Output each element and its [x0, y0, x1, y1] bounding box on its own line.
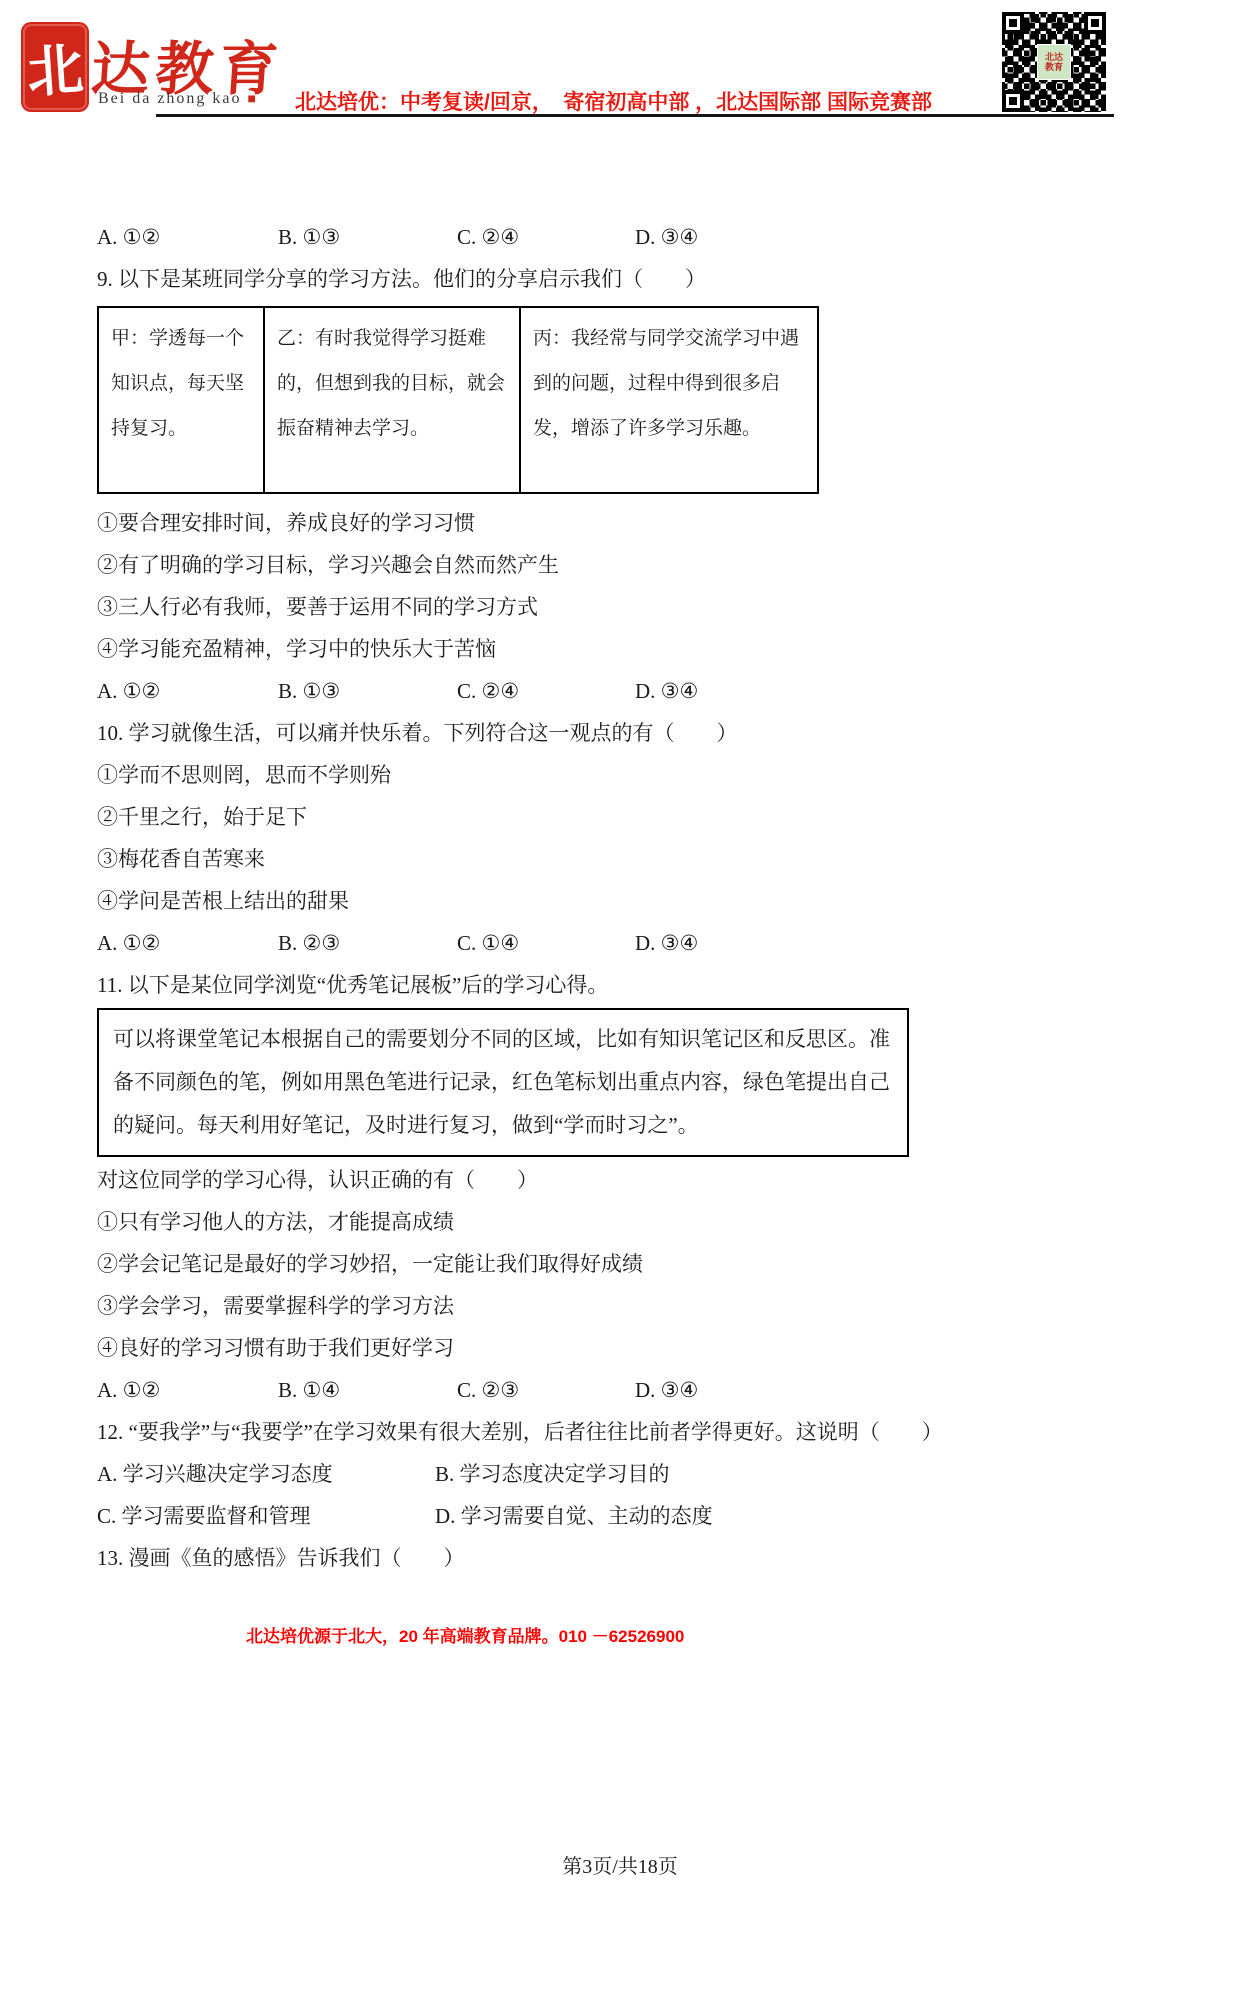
- answer-option-c: C. 学习需要监督和管理: [97, 1495, 435, 1537]
- answer-row-previous-question: A. ①② B. ①③ C. ②④ D. ③④: [97, 216, 1157, 258]
- answer-option-d: D. ③④: [635, 670, 1157, 712]
- question-10-answer-row: A. ①② B. ②③ C. ①④ D. ③④: [97, 922, 1157, 964]
- question-12-stem: 12. “要我学”与“我要学”在学习效果有很大差别，后者往往比前者学得更好。这说…: [97, 1411, 1157, 1453]
- question-10-item-1: ①学而不思则罔，思而不学则殆: [97, 754, 1157, 796]
- question-9-item-4: ④学习能充盈精神，学习中的快乐大于苦恼: [97, 628, 1157, 670]
- answer-option-d: D. ③④: [635, 922, 1157, 964]
- question-11-stem: 11. 以下是某位同学浏览“优秀笔记展板”后的学习心得。: [97, 964, 1157, 1006]
- qr-center-label-top: 北达: [1045, 52, 1063, 62]
- question-13-stem: 13. 漫画《鱼的感悟》告诉我们（ ）: [97, 1537, 1157, 1579]
- qr-center-label: 北达 教育: [1037, 44, 1071, 80]
- question-11-answer-row: A. ①② B. ①④ C. ②③ D. ③④: [97, 1369, 1157, 1411]
- header-slogan: 北达培优：中考复读/回京， 寄宿初高中部 ，北达国际部 国际竞赛部: [295, 86, 975, 116]
- answer-option-a: A. ①②: [97, 922, 278, 964]
- qr-center-label-bottom: 教育: [1045, 62, 1063, 72]
- question-11-note-box: 可以将课堂笔记本根据自己的需要划分不同的区域，比如有知识笔记区和反思区。准备不同…: [97, 1008, 909, 1157]
- answer-option-b: B. 学习态度决定学习目的: [435, 1453, 1157, 1495]
- qr-finder-bottom-left: [1002, 90, 1024, 112]
- answer-option-d: D. ③④: [635, 216, 1157, 258]
- answer-option-b: B. ②③: [278, 922, 457, 964]
- answer-option-c: C. ②④: [457, 670, 635, 712]
- answer-option-c: C. ②④: [457, 216, 635, 258]
- question-11-item-1: ①只有学习他人的方法，才能提高成绩: [97, 1201, 1157, 1243]
- answer-option-a: A. ①②: [97, 670, 278, 712]
- question-12-options-row-2: C. 学习需要监督和管理 D. 学习需要自觉、主动的态度: [97, 1495, 1157, 1537]
- table-cell-yi: 乙：有时我觉得学习挺难的，但想到我的目标，就会振奋精神去学习。: [264, 307, 520, 493]
- answer-option-d: D. 学习需要自觉、主动的态度: [435, 1495, 1157, 1537]
- question-9-item-1: ①要合理安排时间，养成良好的学习习惯: [97, 502, 1157, 544]
- question-9-item-2: ②有了明确的学习目标，学习兴趣会自然而然产生: [97, 544, 1157, 586]
- qr-finder-top-left: [1002, 12, 1024, 34]
- logo-seal: 北: [23, 24, 87, 110]
- answer-option-a: A. 学习兴趣决定学习态度: [97, 1453, 435, 1495]
- question-12-options-row-1: A. 学习兴趣决定学习态度 B. 学习态度决定学习目的: [97, 1453, 1157, 1495]
- question-10-item-4: ④学问是苦根上结出的甜果: [97, 880, 1157, 922]
- answer-option-d: D. ③④: [635, 1369, 1157, 1411]
- logo-romanized-text: Bei da zhong kao: [98, 90, 242, 107]
- question-9-share-table: 甲：学透每一个知识点，每天坚持复习。 乙：有时我觉得学习挺难的，但想到我的目标，…: [97, 306, 819, 494]
- question-10-stem: 10. 学习就像生活，可以痛并快乐着。下列符合这一观点的有（ ）: [97, 712, 1157, 754]
- question-11-note-text: 可以将课堂笔记本根据自己的需要划分不同的区域，比如有知识笔记区和反思区。准备不同…: [113, 1018, 893, 1147]
- answer-option-b: B. ①③: [278, 216, 457, 258]
- answer-option-a: A. ①②: [97, 216, 278, 258]
- question-9-stem: 9. 以下是某班同学分享的学习方法。他们的分享启示我们（ ）: [97, 258, 1157, 300]
- question-11-item-4: ④良好的学习习惯有助于我们更好学习: [97, 1327, 1157, 1369]
- question-9-item-3: ③三人行必有我师，要善于运用不同的学习方式: [97, 586, 1157, 628]
- table-cell-jia: 甲：学透每一个知识点，每天坚持复习。: [98, 307, 264, 493]
- table-cell-bing: 丙：我经常与同学交流学习中遇到的问题，过程中得到很多启发，增添了许多学习乐趣。: [520, 307, 818, 493]
- table-row: 甲：学透每一个知识点，每天坚持复习。 乙：有时我觉得学习挺难的，但想到我的目标，…: [98, 307, 818, 493]
- footer-promo: 北达培优源于北大，20 年高端教育品牌。010 －62526900: [246, 1622, 684, 1647]
- question-11-item-3: ③学会学习，需要掌握科学的学习方法: [97, 1285, 1157, 1327]
- question-9-answer-row: A. ①② B. ①③ C. ②④ D. ③④: [97, 670, 1157, 712]
- answer-option-b: B. ①③: [278, 670, 457, 712]
- qr-code: 北达 教育: [1002, 12, 1106, 112]
- question-10-item-2: ②千里之行，始于足下: [97, 796, 1157, 838]
- question-11-subquestion: 对这位同学的学习心得，认识正确的有（ ）: [97, 1159, 1157, 1201]
- logo-red-square: ■: [248, 92, 258, 107]
- answer-option-c: C. ①④: [457, 922, 635, 964]
- question-11-item-2: ②学会记笔记是最好的学习妙招，一定能让我们取得好成绩: [97, 1243, 1157, 1285]
- qr-finder-top-right: [1084, 12, 1106, 34]
- answer-option-c: C. ②③: [457, 1369, 635, 1411]
- question-10-item-3: ③梅花香自苦寒来: [97, 838, 1157, 880]
- page-number: 第3页/共18页: [0, 1850, 1240, 1879]
- logo-seal-character: 北: [24, 25, 85, 109]
- header-divider: [156, 114, 1114, 117]
- exam-page: 北 达教育 Bei da zhong kao■ 北达培优：中考复读/回京， 寄宿…: [0, 0, 1240, 2008]
- question-area: A. ①② B. ①③ C. ②④ D. ③④ 9. 以下是某班同学分享的学习方…: [97, 216, 1157, 1579]
- answer-option-a: A. ①②: [97, 1369, 278, 1411]
- answer-option-b: B. ①④: [278, 1369, 457, 1411]
- logo-romanized: Bei da zhong kao■: [98, 90, 258, 108]
